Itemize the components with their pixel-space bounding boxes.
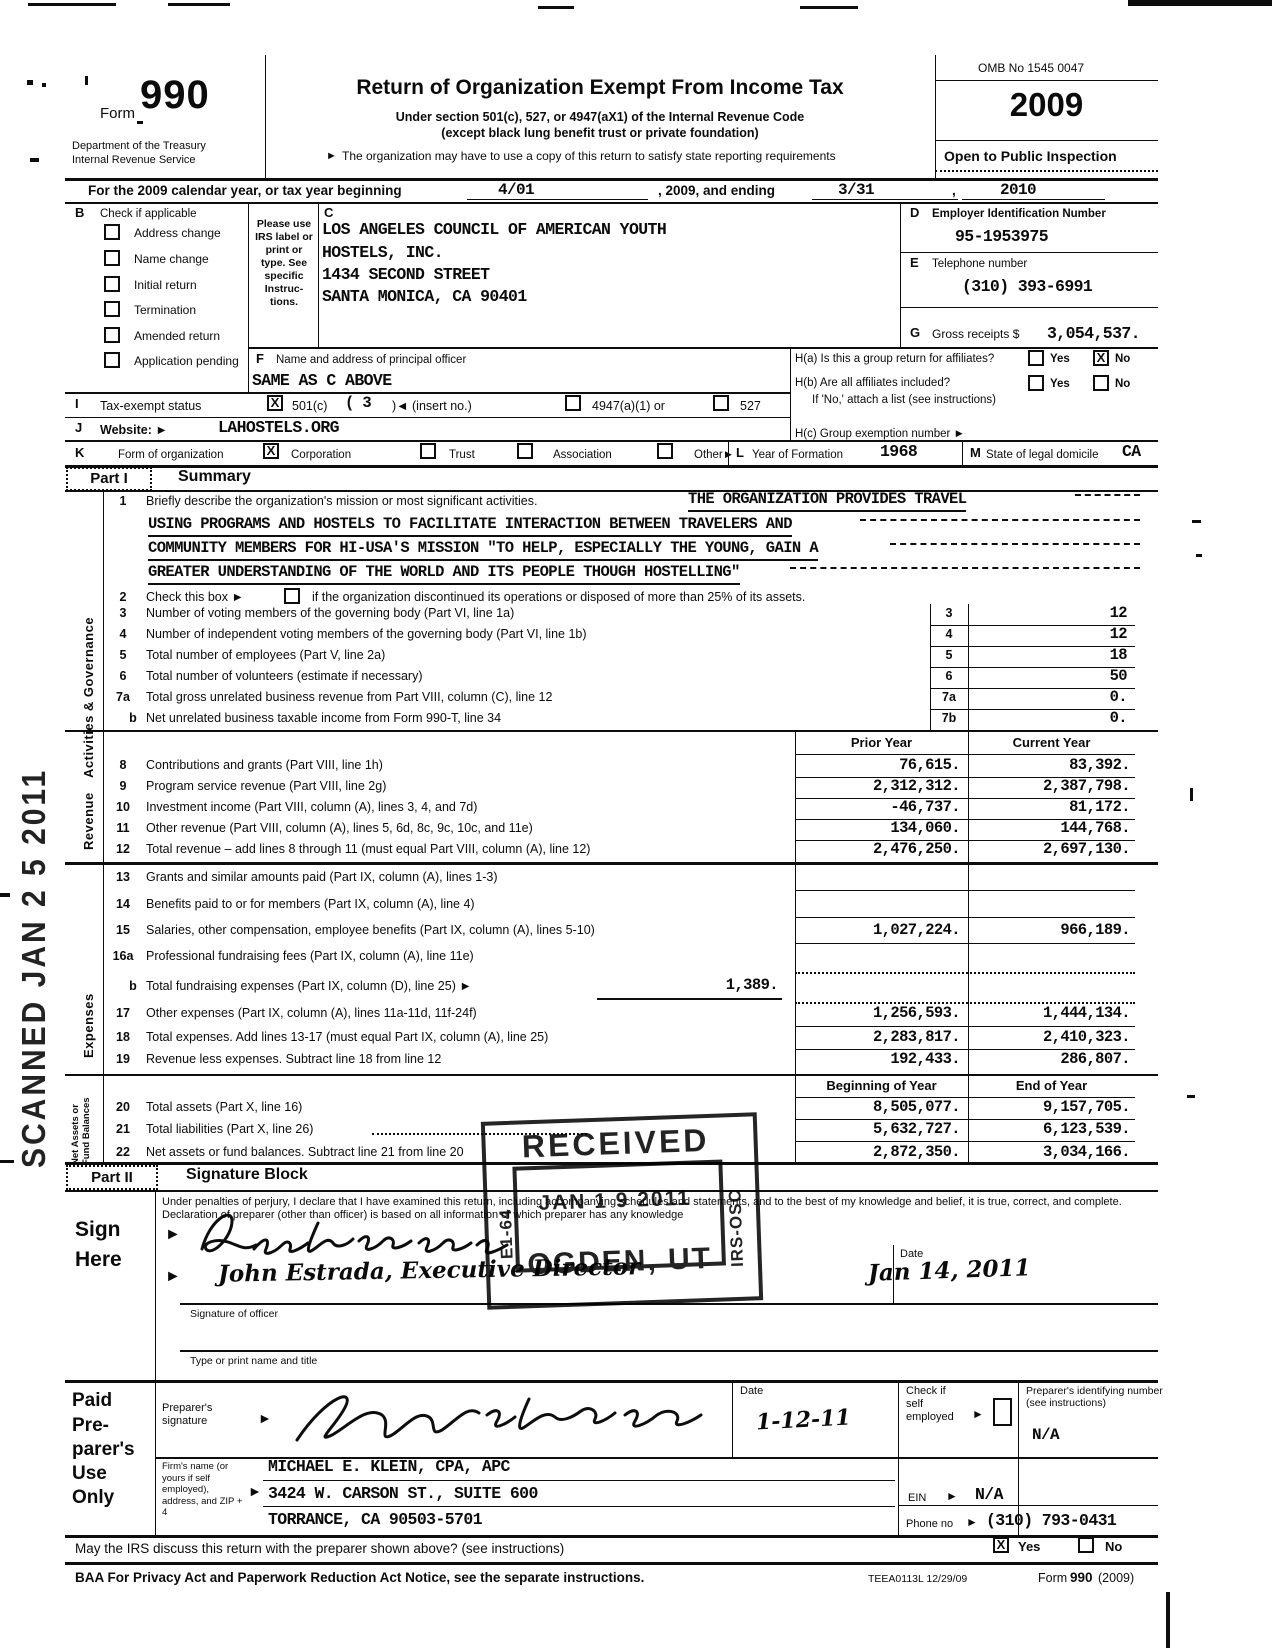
line-number: 14 — [108, 897, 138, 911]
line-number: 11 — [108, 821, 138, 835]
row-j-letter: J — [75, 421, 82, 436]
mission-line-3[interactable]: COMMUNITY MEMBERS FOR HI-USA'S MISSION "… — [148, 540, 818, 561]
cell-rule — [795, 917, 1135, 918]
shaded-cell-rule — [795, 972, 1135, 974]
side-rule — [103, 490, 104, 1162]
gov-row-box: 7b — [930, 711, 968, 725]
col-rule — [732, 1380, 733, 1457]
check-if-label-3: employed — [906, 1411, 954, 1424]
line-number: 20 — [108, 1100, 138, 1114]
prior-year-value[interactable]: 192,433. — [800, 1050, 960, 1068]
form-ref-number: 990 — [1070, 1570, 1093, 1586]
line-number: 8 — [108, 758, 138, 772]
checkbox-527[interactable] — [713, 395, 729, 411]
ein-value[interactable]: N/A — [975, 1486, 1003, 1505]
firm-name-value[interactable]: MICHAEL E. KLEIN, CPA, APC — [268, 1458, 510, 1477]
scan-artifact — [137, 121, 143, 124]
revenue-row-label: Other revenue (Part VIII, column (A), li… — [146, 821, 533, 835]
gov-row-box: 7a — [930, 690, 968, 704]
checkbox-application-pending[interactable] — [104, 352, 120, 368]
current-year-value[interactable]: 966,189. — [973, 921, 1130, 939]
scan-artifact — [538, 6, 574, 9]
only-label: Only — [72, 1487, 114, 1509]
hb-note: If 'No,' attach a list (see instructions… — [812, 394, 996, 407]
fill-line — [263, 1480, 895, 1481]
label-4947: 4947(a)(1) or — [592, 399, 665, 413]
part1-band-bottom — [65, 490, 1158, 492]
cell-rule — [795, 1141, 1135, 1142]
checkbox-corporation[interactable]: X — [263, 443, 279, 459]
gov-row-label: Total gross unrelated business revenue f… — [146, 690, 552, 704]
scan-artifact — [28, 3, 116, 6]
type-print-label: Type or print name and title — [190, 1355, 317, 1367]
scan-artifact — [168, 3, 230, 6]
net-row-label: Net assets or fund balances. Subtract li… — [146, 1145, 464, 1159]
tax-year-badge: 2009 — [935, 86, 1158, 124]
checkbox-hb-yes[interactable] — [1028, 375, 1044, 391]
label-527: 527 — [740, 399, 761, 413]
scan-artifact — [0, 893, 10, 897]
checkbox-4947[interactable] — [565, 395, 581, 411]
form-ref-word: Form — [1038, 1571, 1067, 1585]
current-year-value[interactable]: 144,768. — [973, 819, 1130, 837]
section-rule — [65, 1074, 1158, 1076]
insert-number[interactable]: ( 3 — [345, 395, 371, 413]
mission-line-4[interactable]: GREATER UNDERSTANDING OF THE WORLD AND I… — [148, 564, 740, 585]
line-number: 21 — [108, 1122, 138, 1136]
tax-year-comma: , — [952, 183, 956, 199]
gov-row-label: Net unrelated business taxable income fr… — [146, 711, 501, 725]
side-label-net-assets: Net Assets orFund Balances — [70, 1097, 92, 1165]
omb-number: OMB No 1545 0047 — [978, 62, 1084, 76]
phone-value[interactable]: (310) 393-6991 — [962, 278, 1092, 297]
gov-row-value[interactable]: 12 — [975, 604, 1127, 622]
section-rule — [65, 1380, 1158, 1383]
prior-year-value[interactable]: 76,615. — [800, 756, 960, 774]
label-corporation: Corporation — [291, 449, 351, 462]
checkbox-ha-no[interactable]: X — [1093, 350, 1109, 366]
col-rule — [248, 204, 249, 392]
line-number: 22 — [108, 1145, 138, 1159]
firm-street-value[interactable]: 3424 W. CARSON ST., SUITE 600 — [268, 1485, 538, 1504]
checkmark: X — [271, 395, 280, 410]
checkbox-association[interactable] — [517, 443, 533, 459]
phone-label: Telephone number — [932, 258, 1027, 271]
received-stamp-left-code: E1-64 — [496, 1208, 517, 1259]
end-year-value[interactable]: 3,034,166. — [973, 1143, 1130, 1161]
discuss-yes-label: Yes — [1018, 1540, 1040, 1555]
dept-line-2: Internal Revenue Service — [72, 154, 196, 167]
section-c-letter: C — [324, 206, 333, 221]
col-header-beginning: Beginning of Year — [795, 1079, 968, 1094]
label-address-change: Address change — [134, 227, 221, 241]
principal-officer-label: Name and address of principal officer — [276, 354, 466, 367]
current-year-value[interactable]: 1,444,134. — [973, 1004, 1130, 1022]
ha-label: H(a) Is this a group return for affiliat… — [795, 353, 994, 366]
received-stamp-right-code: IRS-OSC — [725, 1189, 747, 1267]
net-row-label: Total liabilities (Part X, line 26) — [146, 1122, 313, 1136]
checkbox-name-change[interactable] — [104, 250, 120, 266]
section-rule — [65, 862, 1158, 865]
section-e-letter: E — [910, 256, 919, 271]
prior-year-value[interactable]: 2,312,312. — [800, 777, 960, 795]
label-trust: Trust — [449, 449, 475, 462]
form-number: 990 — [140, 72, 210, 118]
cell-rule — [795, 890, 1135, 891]
expense-row-label: Grants and similar amounts paid (Part IX… — [146, 870, 498, 884]
hb-no-label: No — [1115, 378, 1130, 391]
cell-rule — [795, 754, 1135, 755]
scan-artifact — [27, 80, 33, 85]
gross-receipts-value[interactable]: 3,054,537. — [1000, 324, 1140, 343]
gov-row-value[interactable]: 0. — [975, 688, 1127, 706]
org-name-line1[interactable]: LOS ANGELES COUNCIL OF AMERICAN YOUTH — [322, 221, 666, 240]
scan-artifact — [85, 76, 88, 85]
subtitle-1: Under section 501(c), 527, or 4947(aX1) … — [268, 110, 932, 124]
gov-row-box: 6 — [930, 669, 968, 683]
part1-tab: Part I — [66, 467, 152, 491]
row-rule — [65, 392, 790, 394]
fill-line — [597, 998, 782, 1000]
year-formation-label: Year of Formation — [752, 449, 843, 462]
checkbox-501c[interactable]: X — [267, 395, 283, 411]
arrow-icon: ► — [248, 1483, 262, 1499]
arrow-icon: ► — [972, 1408, 984, 1422]
pre-label: Pre- — [72, 1415, 109, 1437]
gov-row-value[interactable]: 12 — [975, 625, 1127, 643]
received-stamp: RECEIVED JAN 1 9 2011 OGDEN, UT E1-64 IR… — [481, 1112, 763, 1310]
line-number: 6 — [108, 669, 138, 683]
cell-rule — [900, 252, 1158, 253]
scan-artifact — [1166, 1592, 1170, 1648]
ha-yes-label: Yes — [1050, 353, 1070, 366]
row-rule — [65, 440, 1158, 442]
line16b-label: Total fundraising expenses (Part IX, col… — [146, 979, 472, 993]
scan-artifact — [0, 1160, 14, 1163]
gov-row-box: 3 — [930, 606, 968, 620]
header-bottom-rule — [65, 178, 1158, 181]
gov-row-value[interactable]: 0. — [975, 709, 1127, 727]
dept-line-1: Department of the Treasury — [72, 140, 206, 153]
domicile-value[interactable]: CA — [1122, 443, 1141, 462]
fill-dashes — [790, 567, 1140, 569]
paid-label: Paid — [72, 1390, 112, 1412]
use-label: Use — [72, 1463, 107, 1485]
header-divider-left — [265, 55, 266, 178]
open-to-public: Open to Public Inspection — [944, 148, 1117, 164]
checkbox-ha-yes[interactable] — [1028, 350, 1044, 366]
side-label-governance: Activities & Governance — [82, 617, 97, 778]
revenue-row-label: Contributions and grants (Part VIII, lin… — [146, 758, 383, 772]
line-number: 7a — [108, 690, 138, 704]
row-i-letter: I — [75, 397, 79, 412]
subtitle-2: (except black lung benefit trust or priv… — [268, 126, 932, 140]
fill-dashes — [860, 519, 1140, 521]
col-rule — [898, 1380, 899, 1457]
preparer-signature[interactable] — [285, 1385, 735, 1450]
label-initial-return: Initial return — [134, 279, 197, 293]
line-number: 9 — [108, 779, 138, 793]
revenue-row-label: Total revenue – add lines 8 through 11 (… — [146, 842, 590, 856]
section-g-letter: G — [910, 326, 920, 341]
omb-rule — [935, 80, 1158, 81]
preparer-date-handwriting[interactable]: 1-12-11 — [755, 1406, 851, 1436]
side-label-revenue: Revenue — [82, 792, 97, 850]
ein-label: EIN — [908, 1492, 926, 1505]
label-termination: Termination — [134, 304, 196, 318]
col-header-end: End of Year — [968, 1079, 1135, 1094]
col-rule — [962, 440, 963, 465]
row-k-letter: K — [75, 446, 84, 461]
expense-row-label: Total expenses. Add lines 13-17 (must eq… — [146, 1030, 548, 1044]
section-rule — [65, 1562, 1158, 1565]
current-year-value[interactable]: 81,172. — [973, 798, 1130, 816]
fill-dashes — [1075, 494, 1140, 496]
label-name-change: Name change — [134, 253, 209, 267]
gov-row-label: Number of voting members of the governin… — [146, 606, 514, 620]
checkbox-address-change[interactable] — [104, 224, 120, 240]
principal-officer-value[interactable]: SAME AS C ABOVE — [252, 372, 392, 391]
row-rule — [65, 417, 790, 418]
line1-label: Briefly describe the organization's miss… — [146, 494, 537, 508]
current-year-value[interactable]: 2,410,323. — [973, 1028, 1130, 1046]
checkbox-termination[interactable] — [104, 301, 120, 317]
line-number: b — [118, 979, 148, 993]
checkmark: X — [1097, 350, 1106, 365]
gov-row-value[interactable]: 50 — [975, 667, 1127, 685]
expense-row-label: Professional fundraising fees (Part IX, … — [146, 949, 474, 963]
prior-year-value[interactable]: 1,256,593. — [800, 1004, 960, 1022]
label-application-pending: Application pending — [134, 355, 239, 369]
line-number: 2 — [108, 590, 138, 604]
col-rule — [900, 204, 901, 347]
cell-rule — [795, 943, 1135, 944]
scan-artifact — [1196, 554, 1202, 557]
checkbox-self-employed[interactable] — [993, 1398, 1012, 1426]
sign-date-handwriting[interactable]: Jan 14, 2011 — [868, 1255, 1031, 1287]
website-label: Website: ► — [100, 423, 168, 437]
baa-notice: BAA For Privacy Act and Paperwork Reduct… — [75, 1570, 644, 1586]
discuss-no-label: No — [1105, 1540, 1122, 1555]
tax-year-end-year[interactable]: 2010 — [1000, 181, 1036, 199]
end-year-value[interactable]: 6,123,539. — [973, 1120, 1130, 1138]
line2-label-b: if the organization discontinued its ope… — [312, 590, 805, 604]
domicile-label: State of legal domicile — [986, 449, 1099, 462]
tax-year-begin[interactable]: 4/01 — [498, 181, 534, 199]
col-rule — [790, 347, 791, 440]
fill-line — [467, 199, 648, 200]
beginning-year-value[interactable]: 2,872,350. — [800, 1143, 960, 1161]
scan-artifact — [1190, 788, 1193, 801]
checkbox-discontinued[interactable] — [284, 588, 300, 604]
line-number: 19 — [108, 1052, 138, 1066]
check-if-label-1: Check if — [906, 1385, 946, 1398]
gov-row-box: 5 — [930, 648, 968, 662]
beginning-year-value[interactable]: 8,505,077. — [800, 1098, 960, 1116]
preparer-sig-label-2: signature — [162, 1415, 207, 1428]
gov-row-label: Total number of volunteers (estimate if … — [146, 669, 423, 683]
line-number: 13 — [108, 870, 138, 884]
checkbox-initial-return[interactable] — [104, 276, 120, 292]
ha-no-label: No — [1115, 353, 1130, 366]
omb-dotted-rule — [935, 170, 1158, 172]
gov-row-label: Total number of employees (Part V, line … — [146, 648, 385, 662]
website-value[interactable]: LAHOSTELS.ORG — [218, 419, 339, 438]
fundraising-expenses-value[interactable]: 1,389. — [600, 976, 778, 994]
current-year-value[interactable]: 2,697,130. — [973, 840, 1130, 858]
row-m-letter: M — [970, 446, 981, 461]
section-rule — [65, 202, 1158, 204]
line-number: 16a — [108, 949, 138, 963]
org-street[interactable]: 1434 SECOND STREET — [322, 266, 489, 285]
insert-no-label: )◄ (insert no.) — [392, 399, 472, 413]
scanned-stamp: SCANNED JAN 2 5 2011 — [16, 768, 54, 1168]
line2-label-a: Check this box ► — [146, 590, 244, 604]
arrow-icon: ► — [165, 1268, 181, 1286]
arrow-icon: ► — [326, 150, 337, 163]
fill-line — [962, 199, 1105, 200]
revenue-row-label: Investment income (Part VIII, column (A)… — [146, 800, 477, 814]
gov-row-box: 4 — [930, 627, 968, 641]
expense-row-label: Revenue less expenses. Subtract line 18 … — [146, 1052, 441, 1066]
ein-label: Employer Identification Number — [932, 208, 1106, 221]
part1-title: Summary — [178, 468, 251, 486]
checkbox-hb-no[interactable] — [1093, 375, 1109, 391]
form-word: Form — [100, 105, 135, 122]
form-990-scanned-page: { "marks": {"x": "X", "arrow": "►", "arr… — [0, 0, 1272, 1651]
expense-row-label: Salaries, other compensation, employee b… — [146, 923, 595, 937]
mission-line-1[interactable]: THE ORGANIZATION PROVIDES TRAVEL — [688, 491, 966, 512]
checkbox-discuss-yes[interactable]: X — [993, 1537, 1009, 1553]
col-header-current-year: Current Year — [968, 736, 1135, 751]
line-number: 15 — [108, 923, 138, 937]
preparer-id-label-1: Preparer's identifying number — [1026, 1385, 1163, 1397]
col-rule — [318, 204, 319, 347]
current-year-value[interactable]: 286,807. — [973, 1050, 1130, 1068]
col-rule — [898, 1457, 899, 1535]
preparer-date-label: Date — [740, 1385, 763, 1398]
printed-name-rule — [180, 1350, 1158, 1352]
scan-artifact — [42, 83, 46, 87]
arrow-icon: ► — [165, 1226, 181, 1244]
current-year-value[interactable]: 83,392. — [973, 756, 1130, 774]
col-rule — [155, 1190, 156, 1380]
line-number: 17 — [108, 1006, 138, 1020]
preparer-phone-value[interactable]: (310) 793-0431 — [986, 1512, 1116, 1531]
org-city[interactable]: SANTA MONICA, CA 90401 — [322, 288, 527, 307]
arrow-icon: ► — [966, 1516, 978, 1530]
section-d-letter: D — [910, 206, 919, 221]
line-number: 18 — [108, 1030, 138, 1044]
mission-line-2[interactable]: USING PROGRAMS AND HOSTELS TO FACILITATE… — [148, 516, 792, 537]
fill-line — [812, 199, 958, 200]
omb-rule — [935, 140, 1158, 141]
prior-year-value[interactable]: 2,476,250. — [800, 840, 960, 858]
net-row-label: Total assets (Part X, line 16) — [146, 1100, 302, 1114]
expense-row-label: Benefits paid to or for members (Part IX… — [146, 897, 475, 911]
scan-artifact — [1192, 520, 1201, 523]
form-ref-year: (2009) — [1098, 1571, 1134, 1585]
prior-year-value[interactable]: -46,737. — [800, 798, 960, 816]
line-number: 10 — [108, 800, 138, 814]
label-amended-return: Amended return — [134, 330, 220, 344]
checkbox-other[interactable] — [657, 443, 673, 459]
checkmark: X — [267, 443, 276, 458]
label-501c: 501(c) — [292, 399, 327, 413]
col-rule — [728, 440, 729, 465]
phone-no-label: Phone no — [906, 1518, 953, 1531]
year-formation-value[interactable]: 1968 — [880, 443, 917, 462]
checkbox-trust[interactable] — [420, 443, 436, 459]
state-reporting-note: The organization may have to use a copy … — [342, 150, 836, 164]
form-of-org-label: Form of organization — [118, 449, 223, 462]
arrow-icon: ► — [946, 1490, 958, 1504]
label-association: Association — [553, 449, 612, 462]
scan-artifact — [800, 6, 858, 9]
arrow-icon: ► — [258, 1410, 272, 1426]
tax-year-prefix: For the 2009 calendar year, or tax year … — [88, 183, 402, 199]
line-number: 4 — [108, 627, 138, 641]
firm-name-label: Firm's name (or yours if self employed),… — [162, 1461, 248, 1519]
checkbox-amended-return[interactable] — [104, 327, 120, 343]
signature-of-officer-label: Signature of officer — [190, 1308, 278, 1320]
scan-artifact — [30, 158, 39, 162]
end-year-value[interactable]: 9,157,705. — [973, 1098, 1130, 1116]
current-year-value[interactable]: 2,387,798. — [973, 777, 1130, 795]
col-header-prior-year: Prior Year — [795, 736, 968, 751]
here-label: Here — [75, 1248, 122, 1272]
part2-tab: Part II — [66, 1165, 158, 1190]
cell-rule — [900, 307, 1158, 308]
tax-year-end[interactable]: 3/31 — [838, 181, 874, 199]
section-b-letter: B — [75, 206, 84, 221]
revenue-row-label: Program service revenue (Part VIII, line… — [146, 779, 386, 793]
ein-value[interactable]: 95-1953975 — [955, 228, 1048, 247]
check-if-label-2: self — [906, 1398, 923, 1411]
line-number: b — [118, 711, 148, 725]
section-f-letter: F — [256, 352, 264, 367]
sign-label: Sign — [75, 1218, 121, 1242]
cell-rule — [898, 1505, 1158, 1506]
line-number: 1 — [108, 494, 138, 508]
row-l-letter: L — [736, 446, 744, 461]
line-number: 3 — [108, 606, 138, 620]
side-label-expenses: Expenses — [82, 993, 97, 1058]
tax-exempt-status-label: Tax-exempt status — [100, 399, 201, 413]
prior-year-value[interactable]: 134,060. — [800, 819, 960, 837]
may-discuss-label: May the IRS discuss this return with the… — [75, 1541, 564, 1557]
parers-label: parer's — [72, 1439, 135, 1461]
part2-title: Signature Block — [186, 1166, 308, 1184]
prior-year-value[interactable]: 1,027,224. — [800, 921, 960, 939]
fill-line — [263, 1506, 895, 1507]
gov-row-label: Number of independent voting members of … — [146, 627, 587, 641]
org-name-line2[interactable]: HOSTELS, INC. — [322, 244, 443, 263]
cell-rule — [795, 1026, 1135, 1027]
checkmark: X — [997, 1537, 1006, 1552]
hb-label: H(b) Are all affiliates included? — [795, 377, 950, 390]
scan-artifact — [1187, 1095, 1195, 1098]
tax-year-mid: , 2009, and ending — [658, 183, 775, 199]
preparer-id-value[interactable]: N/A — [1032, 1426, 1059, 1444]
prior-year-value[interactable]: 2,283,817. — [800, 1028, 960, 1046]
line-number: 12 — [108, 842, 138, 856]
beginning-year-value[interactable]: 5,632,727. — [800, 1120, 960, 1138]
gov-row-value[interactable]: 18 — [975, 646, 1127, 664]
teea-code: TEEA0113L 12/29/09 — [868, 1573, 967, 1585]
firm-city-value[interactable]: TORRANCE, CA 90503-5701 — [268, 1511, 482, 1530]
checkbox-discuss-no[interactable] — [1078, 1537, 1094, 1553]
